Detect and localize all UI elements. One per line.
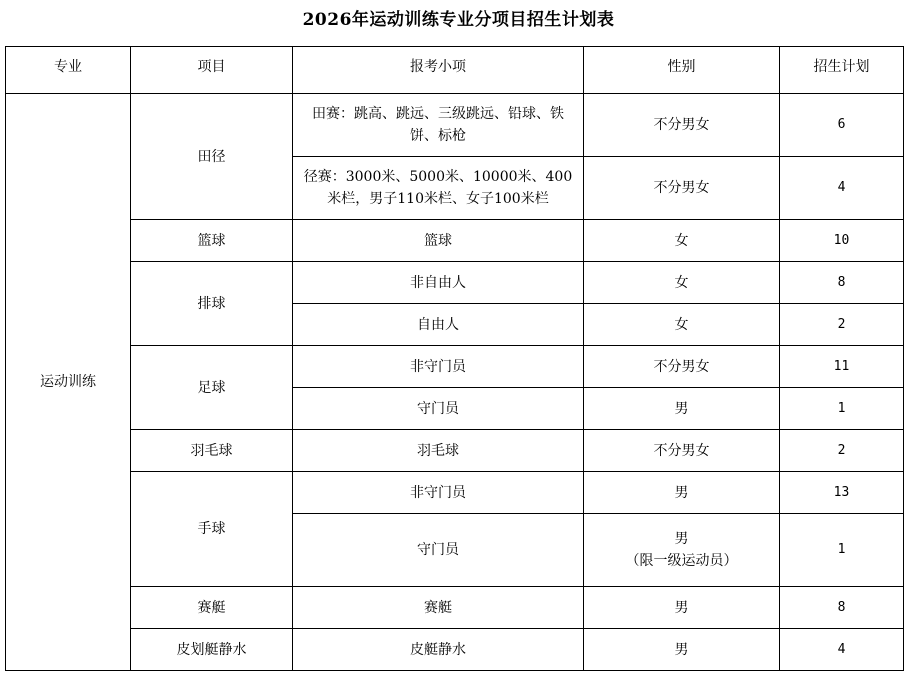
quota-cell: 10 [780, 220, 904, 262]
document-title: 2026年运动训练专业分项目招生计划表 [0, 8, 917, 32]
header-sub-event: 报考小项 [293, 47, 584, 94]
table-row: 皮划艇静水 皮艇静水 男 4 [6, 629, 904, 671]
gender-cell: 不分男女 [584, 346, 780, 388]
sub-event-cell: 守门员 [293, 514, 584, 587]
sub-event-cell: 径赛：3000米、5000米、10000米、400米栏，男子110米栏、女子10… [293, 157, 584, 220]
sub-event-cell: 非自由人 [293, 262, 584, 304]
gender-cell: 女 [584, 262, 780, 304]
project-cell: 排球 [131, 262, 293, 346]
quota-cell: 1 [780, 514, 904, 587]
table-row: 篮球 篮球 女 10 [6, 220, 904, 262]
table-row: 手球 非守门员 男 13 [6, 472, 904, 514]
project-cell: 羽毛球 [131, 430, 293, 472]
sub-event-cell: 田赛：跳高、跳远、三级跳远、铅球、铁饼、标枪 [293, 94, 584, 157]
sub-event-cell: 自由人 [293, 304, 584, 346]
quota-cell: 2 [780, 430, 904, 472]
quota-cell: 4 [780, 629, 904, 671]
gender-cell: 不分男女 [584, 430, 780, 472]
sub-event-cell: 羽毛球 [293, 430, 584, 472]
table-row: 赛艇 赛艇 男 8 [6, 587, 904, 629]
quota-cell: 2 [780, 304, 904, 346]
gender-cell: 男 （限一级运动员） [584, 514, 780, 587]
quota-cell: 13 [780, 472, 904, 514]
sub-event-cell: 篮球 [293, 220, 584, 262]
sub-event-cell: 非守门员 [293, 472, 584, 514]
quota-cell: 8 [780, 587, 904, 629]
project-cell: 赛艇 [131, 587, 293, 629]
table-row: 运动训练 田径 田赛：跳高、跳远、三级跳远、铅球、铁饼、标枪 不分男女 6 [6, 94, 904, 157]
gender-cell: 男 [584, 587, 780, 629]
table-row: 足球 非守门员 不分男女 11 [6, 346, 904, 388]
header-quota: 招生计划 [780, 47, 904, 94]
gender-cell: 女 [584, 220, 780, 262]
gender-cell: 不分男女 [584, 157, 780, 220]
quota-cell: 11 [780, 346, 904, 388]
project-cell: 田径 [131, 94, 293, 220]
header-major: 专业 [6, 47, 131, 94]
quota-cell: 1 [780, 388, 904, 430]
gender-note: （限一级运动员） [590, 550, 773, 572]
enrollment-plan-table: 专业 项目 报考小项 性别 招生计划 运动训练 田径 田赛：跳高、跳远、三级跳远… [5, 46, 904, 671]
sub-event-cell: 赛艇 [293, 587, 584, 629]
gender-value: 男 [590, 528, 773, 550]
sub-event-cell: 非守门员 [293, 346, 584, 388]
sub-event-cell: 皮艇静水 [293, 629, 584, 671]
project-cell: 足球 [131, 346, 293, 430]
gender-cell: 男 [584, 388, 780, 430]
project-cell: 手球 [131, 472, 293, 587]
header-project: 项目 [131, 47, 293, 94]
table-header-row: 专业 项目 报考小项 性别 招生计划 [6, 47, 904, 94]
gender-cell: 男 [584, 472, 780, 514]
quota-cell: 4 [780, 157, 904, 220]
major-cell: 运动训练 [6, 94, 131, 671]
sub-event-cell: 守门员 [293, 388, 584, 430]
table-row: 羽毛球 羽毛球 不分男女 2 [6, 430, 904, 472]
gender-cell: 男 [584, 629, 780, 671]
gender-cell: 女 [584, 304, 780, 346]
project-cell: 篮球 [131, 220, 293, 262]
quota-cell: 6 [780, 94, 904, 157]
header-gender: 性别 [584, 47, 780, 94]
gender-cell: 不分男女 [584, 94, 780, 157]
project-cell: 皮划艇静水 [131, 629, 293, 671]
quota-cell: 8 [780, 262, 904, 304]
table-row: 排球 非自由人 女 8 [6, 262, 904, 304]
